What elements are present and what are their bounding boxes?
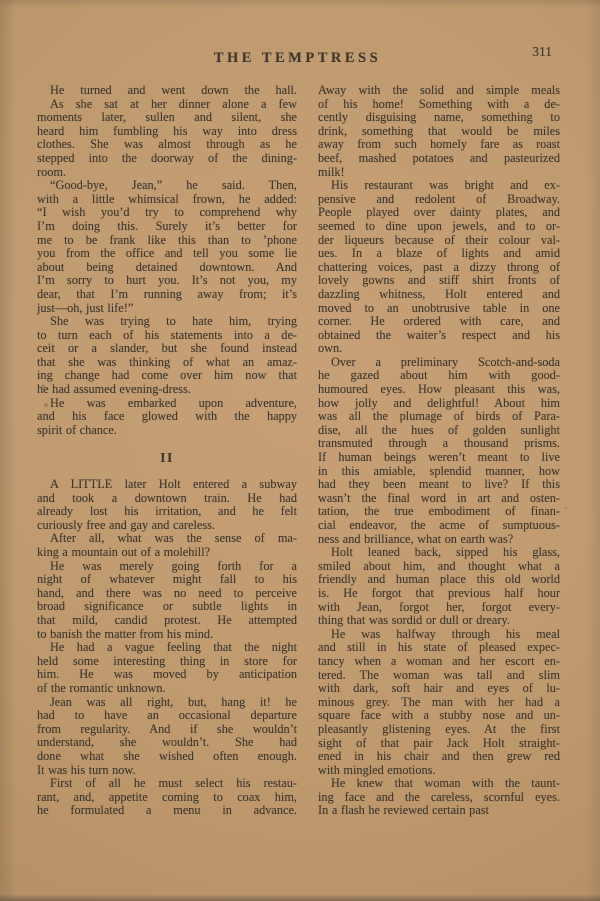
text-line: moved to an unobtrusive table in one <box>318 302 560 316</box>
paragraph: After all, what was the sense of ma-king… <box>37 532 297 559</box>
text-line: ues. In a blaze of lights and amid <box>318 247 560 261</box>
text-line: just—oh, just life!” <box>37 302 297 316</box>
paragraph: “Good-bye, Jean,” he said. Then,with a l… <box>37 179 297 315</box>
text-line: He was halfway through his meal <box>318 628 560 642</box>
text-line: smiled about him, and thought what a <box>318 560 560 574</box>
text-line: tered. The woman was tall and slim <box>318 669 560 683</box>
paragraph: As she sat at her dinner alone a fewmome… <box>37 98 297 180</box>
paragraph: Holt leaned back, sipped his glass,smile… <box>318 546 560 628</box>
text-line: away from such homely fare as roast <box>318 138 560 152</box>
text-line: about being detained downtown. And <box>37 261 297 275</box>
paragraph: His restaurant was bright and ex-pensive… <box>318 179 560 356</box>
text-line: he gazed about him with good- <box>318 369 560 383</box>
text-line: with mingled emotions. <box>318 764 560 778</box>
text-line: He knew that woman with the taunt- <box>318 777 560 791</box>
text-line: If human beings weren’t meant to live <box>318 451 560 465</box>
text-line: friendly and human place this old world <box>318 573 560 587</box>
text-line: Jean was all right, but, hang it! he <box>37 696 297 710</box>
text-line: He had a vague feeling that the night <box>37 641 297 655</box>
text-line: moments later, sullen and silent, she <box>37 111 297 125</box>
running-title: THE TEMPTRESS <box>214 50 381 66</box>
page-number: 311 <box>532 44 552 60</box>
text-line: with a little whimsical frown, he added: <box>37 193 297 207</box>
text-line: ing change had come over him now that <box>37 369 297 383</box>
text-line: I’m doing this. Surely it’s better for <box>37 220 297 234</box>
text-line: First of all he must select his restau- <box>37 777 297 791</box>
text-line: is. He forgot that previous half hour <box>318 587 560 601</box>
text-line: corner. He ordered with care, and <box>318 315 560 329</box>
text-line: clothes. She was almost through as he <box>37 138 297 152</box>
text-line: hand, and there was no need to perceive <box>37 587 297 601</box>
text-line: After all, what was the sense of ma- <box>37 532 297 546</box>
paragraph: She was trying to hate him, tryingto tur… <box>37 315 297 397</box>
text-line: held some interesting thing in store for <box>37 655 297 669</box>
text-line: curiously free and gay and careless. <box>37 519 297 533</box>
paragraph: He was halfway through his mealand still… <box>318 628 560 778</box>
text-line: from regularity. And if she wouldn’t <box>37 723 297 737</box>
text-line: He was merely going forth for a <box>37 560 297 574</box>
text-line: understand, she wouldn’t. She had <box>37 736 297 750</box>
text-line: square face with a stubby nose and un- <box>318 709 560 723</box>
text-line: to turn each of his statements into a de… <box>37 329 297 343</box>
text-line: you from the office and tell you some li… <box>37 247 297 261</box>
text-line: with dark, soft hair and eyes of lu- <box>318 682 560 696</box>
text-line: had they been meant to live? If this <box>318 478 560 492</box>
paragraph: He had a vague feeling that the nighthel… <box>37 641 297 695</box>
text-line: lovely gowns and stiff shirt fronts of <box>318 274 560 288</box>
text-line: People played over dainty plates, and <box>318 206 560 220</box>
text-line: ened in his chair and then grew red <box>318 750 560 764</box>
text-line: tancy when a woman and her escort en- <box>318 655 560 669</box>
right-text-column: Away with the solid and simple mealsof h… <box>318 84 560 818</box>
text-line: “I wish you’d try to comprehend why <box>37 206 297 220</box>
text-line: and his face glowed with the happy <box>37 410 297 424</box>
text-line: seemed to dine upon jewels, and to or- <box>318 220 560 234</box>
text-line: had to have an occasional departure <box>37 709 297 723</box>
paragraph: He was embarked upon adventure,and his f… <box>37 397 297 438</box>
paragraph: He knew that woman with the taunt-ing fa… <box>318 777 560 818</box>
text-line: pleasantly glistening eyes. At the first <box>318 723 560 737</box>
text-line: with Jean, forgot her, forgot every- <box>318 601 560 615</box>
text-line: own. <box>318 342 560 356</box>
text-line: and still in his state of pleased expec- <box>318 641 560 655</box>
text-line: he formulated a menu in advance. <box>37 804 297 818</box>
text-line: obtained the waiter’s respect and his <box>318 329 560 343</box>
text-line: night of whatever might fall to his <box>37 573 297 587</box>
text-line: ceit or a slander, but she found instead <box>37 342 297 356</box>
text-line: done what she wished often enough. <box>37 750 297 764</box>
text-line: cial endeavor, the acme of sumptuous- <box>318 519 560 533</box>
text-line: ness and brilliance, what on earth was? <box>318 533 560 547</box>
text-line: that mild, candid protest. He attempted <box>37 614 297 628</box>
text-line: der liqueurs because of their colour val… <box>318 234 560 248</box>
text-line: king a mountain out of a molehill? <box>37 546 297 560</box>
paragraph: First of all he must select his restau-r… <box>37 777 297 818</box>
text-line: rant, and, appetite coming to coax him, <box>37 791 297 805</box>
paragraph: A LITTLE later Holt entered a subwayand … <box>37 478 297 532</box>
text-line: sight of that pair Jack Holt straight- <box>318 737 560 751</box>
text-line: His restaurant was bright and ex- <box>318 179 560 193</box>
text-line: transmuted through a thousand prisms. <box>318 437 560 451</box>
text-line: of the romantic unknown. <box>37 682 297 696</box>
paragraph: He was merely going forth for anight of … <box>37 560 297 642</box>
text-line: me to be frank like this than to ’phone <box>37 234 297 248</box>
text-line: heard him fumbling his way into dress <box>37 125 297 139</box>
text-line: him. He was moved by anticipation <box>37 668 297 682</box>
text-line: dise, all the hues of golden sunlight <box>318 424 560 438</box>
text-line: thing that was sordid or dull or dreary. <box>318 614 560 628</box>
text-columns: He turned and went down the hall.As she … <box>37 84 560 818</box>
text-line: cently disguising name, something to <box>318 111 560 125</box>
section-heading: II <box>37 451 297 465</box>
text-line: dazzling whitness, Holt entered and <box>318 288 560 302</box>
text-line: milk! <box>318 166 560 180</box>
text-line: spirit of chance. <box>37 424 297 438</box>
text-line: to banish the matter from his mind. <box>37 628 297 642</box>
text-line: wasn’t the final word in art and osten- <box>318 492 560 506</box>
page-header: THE TEMPTRESS <box>37 49 558 67</box>
text-line: and took a downtown train. He had <box>37 492 297 506</box>
text-line: dear, that I’m running away from; it’s <box>37 288 297 302</box>
paragraph: Away with the solid and simple mealsof h… <box>318 84 560 179</box>
text-line: As she sat at her dinner alone a few <box>37 98 297 112</box>
left-text-column: He turned and went down the hall.As she … <box>37 84 297 818</box>
text-line: beef, mashed potatoes and pasteurized <box>318 152 560 166</box>
text-line: stepped into the doorway of the dining- <box>37 152 297 166</box>
text-line: He turned and went down the hall. <box>37 84 297 98</box>
text-line: that she was thinking of what an amaz- <box>37 356 297 370</box>
text-line: Holt leaned back, sipped his glass, <box>318 546 560 560</box>
text-line: Over a preliminary Scotch-and-soda <box>318 356 560 370</box>
text-line: drink, something that would be miles <box>318 125 560 139</box>
text-line: he had assumed evening-dress. <box>37 383 297 397</box>
text-line: I’m sorry to hurt you. It’s not you, my <box>37 274 297 288</box>
text-line: of his home! Something with a de- <box>318 98 560 112</box>
text-line: “Good-bye, Jean,” he said. Then, <box>37 179 297 193</box>
paragraph: Over a preliminary Scotch-and-sodahe gaz… <box>318 356 560 546</box>
text-line: humoured eyes. How pleasant this was, <box>318 383 560 397</box>
text-line: She was trying to hate him, trying <box>37 315 297 329</box>
text-line: It was his turn now. <box>37 764 297 778</box>
text-line: chattering voices, past a dizzy throng o… <box>318 261 560 275</box>
text-line: how jolly and delightful! About him <box>318 397 560 411</box>
text-line: room. <box>37 166 297 180</box>
book-page: THE TEMPTRESS 311 He turned and went dow… <box>0 0 600 901</box>
text-line: in this amiable, splendid manner, how <box>318 465 560 479</box>
text-line: broad significance or subtle lights in <box>37 600 297 614</box>
text-line: tation, the true embodiment of finan- <box>318 505 560 519</box>
text-line: Away with the solid and simple meals <box>318 84 560 98</box>
text-line: A LITTLE later Holt entered a subway <box>37 478 297 492</box>
text-line: pensive and redolent of Broadway. <box>318 193 560 207</box>
paragraph: Jean was all right, but, hang it! hehad … <box>37 696 297 778</box>
text-line: In a flash he reviewed certain past <box>318 804 560 818</box>
text-line: He was embarked upon adventure, <box>37 397 297 411</box>
text-line: already lost his irritation, and he felt <box>37 505 297 519</box>
text-line: was all the plumage of birds of Para- <box>318 410 560 424</box>
text-line: ing face and the careless, scornful eyes… <box>318 791 560 805</box>
text-line: minous grey. The man with her had a <box>318 696 560 710</box>
paragraph: He turned and went down the hall. <box>37 84 297 98</box>
